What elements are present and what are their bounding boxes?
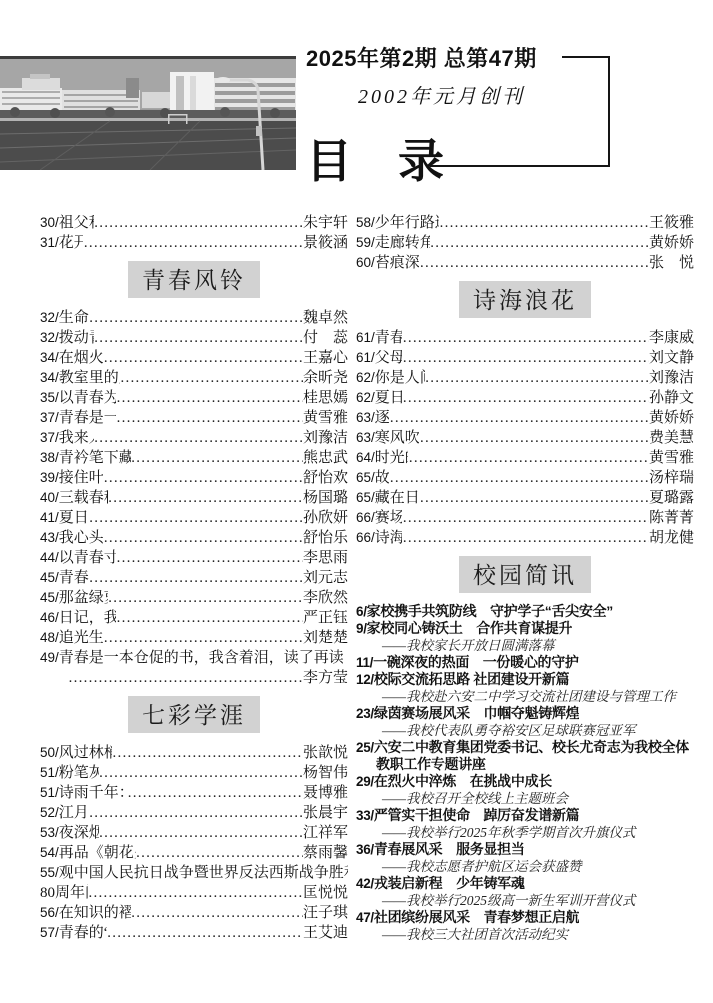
toc-entry-page: 31/ bbox=[40, 233, 59, 253]
bracket-rule-bottom bbox=[430, 165, 610, 167]
dot-leader bbox=[408, 448, 649, 468]
toc-entry-page: 41/ bbox=[40, 508, 59, 528]
toc-entry-page: 39/ bbox=[40, 468, 59, 488]
toc-entry: 65/藏在日常里的暖夏璐露 bbox=[356, 488, 694, 508]
toc-entry-title: 青春的颜色 bbox=[59, 568, 89, 588]
toc-entry-author: 余昕尧 bbox=[303, 368, 348, 388]
toc-entry-page: 46/ bbox=[40, 608, 59, 628]
toc-entry-title: 寒风吹彻的青春 bbox=[375, 428, 420, 448]
toc-entry-title: 时光的弦音 bbox=[375, 448, 408, 468]
news-entry-page: 25/ bbox=[356, 739, 374, 756]
founding-date-line: 2002年元月创刊 bbox=[358, 80, 525, 109]
dot-leader bbox=[131, 448, 303, 468]
toc-entry: 48/追光生长的那抹绿刘楚楚 bbox=[40, 628, 348, 648]
dot-leader bbox=[120, 368, 303, 388]
toc-entry-title: 苔痕深处的光阴 bbox=[375, 253, 420, 273]
news-entry-page: 33/ bbox=[356, 807, 374, 824]
dot-leader bbox=[108, 488, 303, 508]
toc-entry-title: 教室里的风，吹过整个青春 bbox=[59, 368, 120, 388]
toc-entry-author: 张晨宇 bbox=[303, 803, 348, 823]
dot-leader bbox=[439, 213, 649, 233]
toc-entry-author: 汤梓瑞 bbox=[649, 468, 694, 488]
toc-entry-title: 追光生长的那抹绿 bbox=[59, 628, 103, 648]
toc-entry-title: 日记，我的第二个脑储藏 bbox=[59, 608, 116, 628]
toc-entry-author: 费美慧 bbox=[649, 428, 694, 448]
toc-entry-title: 以青春寸心 筑山河万里 bbox=[59, 548, 116, 568]
toc-entry-page: 66/ bbox=[356, 508, 375, 528]
section-header-row: 校园简讯 bbox=[356, 556, 694, 593]
toc-entry-title: 80周年阅兵式有感 bbox=[40, 883, 88, 903]
toc-entry-page: 30/ bbox=[40, 213, 59, 233]
toc-entry: 45/青春的颜色刘元志 bbox=[40, 568, 348, 588]
toc-entry-author: 熊忠武 bbox=[303, 448, 348, 468]
dot-leader bbox=[402, 528, 649, 548]
toc-entry: 51/粉笔灰里的星辰杨智伟 bbox=[40, 763, 348, 783]
news-subtitle: ——我校举行2025年秋季学期首次升旗仪式 bbox=[356, 824, 694, 841]
dot-leader bbox=[419, 488, 649, 508]
news-entry: 11/一碗深夜的热面 一份暖心的守护 bbox=[356, 654, 694, 671]
toc-entry-title: 青春是一本未写完的诗集 bbox=[59, 408, 116, 428]
toc-entry-page: 55/ bbox=[40, 863, 59, 883]
news-entry-page: 29/ bbox=[356, 773, 374, 790]
toc-entry-page: 38/ bbox=[40, 448, 59, 468]
toc-entry-author: 黄雪雅 bbox=[303, 408, 348, 428]
toc-entry-author: 李康威 bbox=[649, 328, 694, 348]
toc-entry-page: 63/ bbox=[356, 428, 375, 448]
dot-leader bbox=[389, 468, 649, 488]
section-header-row: 青春风铃 bbox=[40, 261, 348, 298]
toc-page: 2025年第2期 总第47期 2002年元月创刊 目 录 30/祖父和他的田朱宇… bbox=[0, 0, 713, 1003]
dot-leader bbox=[116, 548, 303, 568]
toc-entry-title: 接住叶隙筛下的光 bbox=[59, 468, 103, 488]
toc-entry-page: 59/ bbox=[356, 233, 375, 253]
toc-entry: 66/诗海青春胡龙健 bbox=[356, 528, 694, 548]
toc-entry-author: 孙欣妍 bbox=[303, 508, 348, 528]
dot-leader bbox=[107, 923, 303, 943]
toc-entry-author: 朱宇轩 bbox=[303, 213, 348, 233]
news-subtitle: ——我校赴六安二中学习交流社团建设与管理工作 bbox=[356, 688, 694, 705]
dot-leader bbox=[94, 213, 303, 233]
issue-line: 2025年第2期 总第47期 bbox=[306, 42, 537, 73]
toc-entry: 31/花开正艳景筱涵 bbox=[40, 233, 348, 253]
toc-entry-author: 刘文静 bbox=[649, 348, 694, 368]
toc-entry-author: 魏卓然 bbox=[303, 308, 348, 328]
toc-entry-title: 再品《朝花夕拾》：于旧忆中获取新思 bbox=[59, 843, 136, 863]
dot-leader bbox=[103, 628, 303, 648]
toc-entry-page: 34/ bbox=[40, 368, 59, 388]
toc-entry: 46/日记，我的第二个脑储藏严正钰 bbox=[40, 608, 348, 628]
news-entry: 47/社团缤纷展风采 青春梦想正启航 bbox=[356, 909, 694, 926]
toc-entry-title: 拨动青春和弦 bbox=[59, 328, 94, 348]
toc-entry: 35/以青春为笔，书劝学新篇桂思嫣 bbox=[40, 388, 348, 408]
news-subtitle: ——我校举行2025级高一新生军训开营仪式 bbox=[356, 892, 694, 909]
toc-entry: 62/你是人间的三月花刘豫洁 bbox=[356, 368, 694, 388]
toc-entry-author: 王艾迪 bbox=[303, 923, 348, 943]
toc-entry-title: 青春速写 bbox=[375, 328, 402, 348]
news-entry-page: 12/ bbox=[356, 671, 374, 688]
toc-entry: 34/在烟火深处，觅诗王嘉心 bbox=[40, 348, 348, 368]
dot-leader bbox=[136, 843, 303, 863]
toc-entry-title: 青衿笔下藏星河，少年眸中有烟火 bbox=[59, 448, 131, 468]
toc-entry: 66/赛场逐光陈菁菁 bbox=[356, 508, 694, 528]
toc-entry: 37/青春是一本未写完的诗集黄雪雅 bbox=[40, 408, 348, 428]
toc-entry: 64/时光的弦音黄雪雅 bbox=[356, 448, 694, 468]
toc-entry: 53/夜深烟火敲市韵江祥军 bbox=[40, 823, 348, 843]
dot-leader bbox=[89, 308, 303, 328]
toc-entry-title: 青春的“问”与“不问” bbox=[59, 923, 107, 943]
bracket-rule-top bbox=[562, 56, 610, 58]
toc-entry: 38/青衿笔下藏星河，少年眸中有烟火熊忠武 bbox=[40, 448, 348, 468]
dot-leader bbox=[89, 508, 303, 528]
toc-entry-author: 严正钰 bbox=[303, 608, 348, 628]
news-entry-page: 11/ bbox=[356, 654, 373, 671]
toc-entry-page: 56/ bbox=[40, 903, 59, 923]
toc-entry-author: 张 悦 bbox=[649, 253, 694, 273]
toc-entry-page: 32/ bbox=[40, 308, 59, 328]
toc-entry-page: 60/ bbox=[356, 253, 375, 273]
toc-entry-author: 舒怡乐 bbox=[303, 528, 348, 548]
dot-leader bbox=[89, 803, 303, 823]
toc-entry-title: 我心头的那片草地 bbox=[59, 528, 103, 548]
dot-leader bbox=[131, 903, 303, 923]
toc-entry-page: 50/ bbox=[40, 743, 59, 763]
left-column: 30/祖父和他的田朱宇轩31/花开正艳景筱涵青春风铃32/生命的脊梁魏卓然32/… bbox=[40, 213, 348, 943]
news-entry-page: 23/ bbox=[356, 705, 374, 722]
toc-entry-page: 61/ bbox=[356, 348, 375, 368]
toc-entry: 43/我心头的那片草地舒怡乐 bbox=[40, 528, 348, 548]
toc-entry-title: 藏在日常里的暖 bbox=[375, 488, 420, 508]
toc-entry: 37/我来人间一趟刘豫洁 bbox=[40, 428, 348, 448]
toc-entry-page: 65/ bbox=[356, 488, 375, 508]
toc-entry: 51/诗雨千年：落在心头的巴山夜雨聂博雅 bbox=[40, 783, 348, 803]
toc-entry: 41/夏日青岛行孙欣妍 bbox=[40, 508, 348, 528]
toc-entry-page: 45/ bbox=[40, 588, 59, 608]
toc-entry: 80周年阅兵式有感匡悦悦 bbox=[40, 883, 348, 903]
dot-leader bbox=[419, 253, 649, 273]
toc-entry-page: 51/ bbox=[40, 783, 59, 803]
toc-entry-page: 62/ bbox=[356, 388, 375, 408]
toc-entry-author: 黄雪雅 bbox=[649, 448, 694, 468]
toc-entry-page: 48/ bbox=[40, 628, 59, 648]
dot-leader bbox=[88, 883, 303, 903]
toc-entry-title: 少年行路远，不负七彩虹 bbox=[375, 213, 439, 233]
toc-entry-author: 李方莹 bbox=[303, 668, 348, 688]
toc-entry: 39/接住叶隙筛下的光舒怡欢 bbox=[40, 468, 348, 488]
toc-entry-page: 62/ bbox=[356, 368, 375, 388]
toc-entry-title: 诗海青春 bbox=[375, 528, 402, 548]
dot-leader bbox=[116, 608, 303, 628]
toc-entry-page: 57/ bbox=[40, 923, 59, 943]
toc-entry-page: 37/ bbox=[40, 408, 59, 428]
toc-entry-title: 夜深烟火敲市韵 bbox=[59, 823, 99, 843]
toc-entry-author: 刘豫洁 bbox=[303, 428, 348, 448]
dot-leader bbox=[402, 388, 649, 408]
news-entry: 36/青春展风采 服务显担当 bbox=[356, 841, 694, 858]
toc-entry: 49/青春是一本仓促的书，我含着泪，读了再读 bbox=[40, 648, 348, 668]
dot-leader bbox=[103, 348, 303, 368]
news-entry-title: 绿茵赛场展风采 巾帼夺魁铸辉煌 bbox=[374, 705, 580, 722]
dot-leader bbox=[116, 388, 303, 408]
toc-entry-page: 53/ bbox=[40, 823, 59, 843]
toc-entry-page: 61/ bbox=[356, 328, 375, 348]
toc-entry: 30/祖父和他的田朱宇轩 bbox=[40, 213, 348, 233]
section-header: 诗海浪花 bbox=[459, 281, 591, 318]
toc-entry-author: 王筱雅 bbox=[649, 213, 694, 233]
toc-entry: 50/风过林梢，彼时正荣光张歆悦 bbox=[40, 743, 348, 763]
dot-leader bbox=[83, 233, 303, 253]
toc-entry-title: 生命的脊梁 bbox=[59, 308, 89, 328]
toc-entry-author: 杨国璐 bbox=[303, 488, 348, 508]
news-entry-page: 36/ bbox=[356, 841, 374, 858]
toc-entry-page: 54/ bbox=[40, 843, 59, 863]
news-entry-page: 42/ bbox=[356, 875, 374, 892]
toc-entry-page: 65/ bbox=[356, 468, 375, 488]
toc-entry-page: 52/ bbox=[40, 803, 59, 823]
news-subtitle: ——我校三大社团首次活动纪实 bbox=[356, 926, 694, 943]
news-entry-title: 严管实干担使命 踔厉奋发谱新篇 bbox=[374, 807, 580, 824]
toc-entry: 57/青春的“问”与“不问”王艾迪 bbox=[40, 923, 348, 943]
dot-leader bbox=[402, 328, 649, 348]
dot-leader bbox=[425, 368, 649, 388]
toc-entry-author: 黄娇娇 bbox=[649, 408, 694, 428]
campus-photo bbox=[0, 56, 296, 170]
toc-entry-author: 陈菁菁 bbox=[649, 508, 694, 528]
toc-entry-title: 诗雨千年：落在心头的巴山夜雨 bbox=[59, 783, 127, 803]
toc-entry: 32/拨动青春和弦付 蕊 bbox=[40, 328, 348, 348]
toc-entry-author: 李思雨 bbox=[303, 548, 348, 568]
toc-entry-page: 45/ bbox=[40, 568, 59, 588]
toc-entry-title: 那盆绿萝教会我的事 bbox=[59, 588, 108, 608]
toc-entry: 55/观中国人民抗日战争暨世界反法西斯战争胜利 bbox=[40, 863, 348, 883]
dot-leader bbox=[402, 508, 649, 528]
news-subtitle: ——我校志愿者护航区运会获盛赞 bbox=[356, 858, 694, 875]
toc-entry-title: 以青春为笔，书劝学新篇 bbox=[59, 388, 116, 408]
toc-entry-author: 匡悦悦 bbox=[303, 883, 348, 903]
news-entry-page: 9/ bbox=[356, 620, 367, 637]
toc-entry: 44/以青春寸心 筑山河万里李思雨 bbox=[40, 548, 348, 568]
dot-leader bbox=[389, 408, 649, 428]
news-entry-title: 一碗深夜的热面 一份暖心的守护 bbox=[373, 654, 579, 671]
toc-entry: 63/寒风吹彻的青春费美慧 bbox=[356, 428, 694, 448]
toc-entry-title: 青春是一本仓促的书，我含着泪，读了再读 bbox=[59, 648, 344, 668]
toc-entry-page: 64/ bbox=[356, 448, 375, 468]
news-entry: 23/绿茵赛场展风采 巾帼夺魁铸辉煌 bbox=[356, 705, 694, 722]
dot-leader bbox=[127, 783, 303, 803]
dot-leader bbox=[112, 743, 303, 763]
toc-entry-author: 汪子琪 bbox=[303, 903, 348, 923]
toc-entry-page: 66/ bbox=[356, 528, 375, 548]
toc-entry-author: 王嘉心 bbox=[303, 348, 348, 368]
news-entry-title: 社团缤纷展风采 青春梦想正启航 bbox=[374, 909, 580, 926]
toc-entry-title: 在知识的褶皱里，找到自己的纹路 bbox=[59, 903, 131, 923]
dot-leader bbox=[419, 428, 649, 448]
news-entry-page: 6/ bbox=[356, 603, 367, 620]
toc-entry: 34/教室里的风，吹过整个青春余昕尧 bbox=[40, 368, 348, 388]
toc-entry-page: 35/ bbox=[40, 388, 59, 408]
toc-entry-title: 江月待何人 bbox=[59, 803, 89, 823]
toc-entry-author: 刘豫洁 bbox=[649, 368, 694, 388]
news-entry-title: 家校携手共筑防线 守护学子“舌尖安全” bbox=[367, 603, 613, 620]
toc-entry-page: 49/ bbox=[40, 648, 59, 668]
toc-entry: 45/那盆绿萝教会我的事李欣然 bbox=[40, 588, 348, 608]
toc-entry-author: 付 蕊 bbox=[303, 328, 348, 348]
dot-leader bbox=[94, 328, 303, 348]
toc-entry-author: 孙静文 bbox=[649, 388, 694, 408]
news-entry: 6/家校携手共筑防线 守护学子“舌尖安全” bbox=[356, 603, 694, 620]
dot-leader bbox=[116, 408, 303, 428]
toc-entry-title: 夏日青岛行 bbox=[59, 508, 89, 528]
toc-entry-author: 李欣然 bbox=[303, 588, 348, 608]
news-entry: 12/校际交流拓思路 社团建设开新篇 bbox=[356, 671, 694, 688]
toc-entry-title: 三载春秋，四季短笺 bbox=[59, 488, 108, 508]
toc-entry: 65/故乡汤梓瑞 bbox=[356, 468, 694, 488]
toc-entry-author: 舒怡欢 bbox=[303, 468, 348, 488]
news-entry-title: 校际交流拓思路 社团建设开新篇 bbox=[374, 671, 569, 688]
section-header: 七彩学涯 bbox=[128, 696, 260, 733]
news-entry: 29/在烈火中淬炼 在挑战中成长 bbox=[356, 773, 694, 790]
toc-entry: 63/逐浪黄娇娇 bbox=[356, 408, 694, 428]
toc-entry-page: 58/ bbox=[356, 213, 375, 233]
toc-entry-title: 赛场逐光 bbox=[375, 508, 402, 528]
toc-entry-author: 刘楚楚 bbox=[303, 628, 348, 648]
toc-entry-title: 在烟火深处，觅诗 bbox=[59, 348, 103, 368]
toc-entry-title: 你是人间的三月花 bbox=[375, 368, 425, 388]
toc-entry-author: 聂博雅 bbox=[303, 783, 348, 803]
section-header-row: 七彩学涯 bbox=[40, 696, 348, 733]
news-entry-title: 教职工作专题讲座 bbox=[376, 756, 486, 773]
news-entry: 33/严管实干担使命 踔厉奋发谱新篇 bbox=[356, 807, 694, 824]
news-entry-title: 在烈火中淬炼 在挑战中成长 bbox=[374, 773, 552, 790]
dot-leader bbox=[89, 568, 303, 588]
toc-entry-title: 故乡 bbox=[375, 468, 389, 488]
toc-entry-title: 父母肩头 bbox=[375, 348, 402, 368]
toc-entry: 32/生命的脊梁魏卓然 bbox=[40, 308, 348, 328]
toc-entry: 56/在知识的褶皱里，找到自己的纹路汪子琪 bbox=[40, 903, 348, 923]
toc-entry: 58/少年行路远，不负七彩虹王筱雅 bbox=[356, 213, 694, 233]
toc-entry: 61/父母肩头刘文静 bbox=[356, 348, 694, 368]
toc-entry: 李方莹 bbox=[40, 668, 348, 688]
news-entry-continuation: 教职工作专题讲座 bbox=[356, 756, 694, 773]
section-header: 青春风铃 bbox=[128, 261, 260, 298]
toc-entry: 54/再品《朝花夕拾》：于旧忆中获取新思蔡雨馨 bbox=[40, 843, 348, 863]
toc-entry-page: 43/ bbox=[40, 528, 59, 548]
toc-entry-title: 观中国人民抗日战争暨世界反法西斯战争胜利 bbox=[59, 863, 348, 883]
toc-entry-title: 夏日手记 bbox=[375, 388, 402, 408]
news-subtitle: ——我校代表队勇夺裕安区足球联赛冠亚军 bbox=[356, 722, 694, 739]
toc-entry-title: 风过林梢，彼时正荣光 bbox=[59, 743, 112, 763]
toc-entry-author: 江祥军 bbox=[303, 823, 348, 843]
toc-entry-title: 走廊转角的时光碎片 bbox=[375, 233, 430, 253]
toc-entry-title: 我来人间一趟 bbox=[59, 428, 94, 448]
toc-entry-title: 祖父和他的田 bbox=[59, 213, 94, 233]
toc-entry: 40/三载春秋，四季短笺杨国璐 bbox=[40, 488, 348, 508]
news-entry-title: 家校同心铸沃土 合作共育谋提升 bbox=[367, 620, 573, 637]
toc-entry-author: 蔡雨馨 bbox=[303, 843, 348, 863]
toc-entry: 62/夏日手记孙静文 bbox=[356, 388, 694, 408]
news-entry: 25/六安二中教育集团党委书记、校长尤奇志为我校全体 bbox=[356, 739, 694, 756]
dot-leader bbox=[99, 763, 303, 783]
toc-entry-page: 44/ bbox=[40, 548, 59, 568]
news-subtitle: ——我校召开全校线上主题班会 bbox=[356, 790, 694, 807]
toc-entry: 59/走廊转角的时光碎片黄娇娇 bbox=[356, 233, 694, 253]
toc-entry-author: 黄娇娇 bbox=[649, 233, 694, 253]
dot-leader bbox=[103, 468, 303, 488]
section-header: 校园简讯 bbox=[459, 556, 591, 593]
toc-title: 目 录 bbox=[306, 136, 444, 187]
news-entry-title: 戎装启新程 少年铸军魂 bbox=[374, 875, 525, 892]
toc-entry-page: 32/ bbox=[40, 328, 59, 348]
section-header-row: 诗海浪花 bbox=[356, 281, 694, 318]
toc-entry: 52/江月待何人张晨宇 bbox=[40, 803, 348, 823]
toc-entry-page: 63/ bbox=[356, 408, 375, 428]
toc-entry-author: 桂思嫣 bbox=[303, 388, 348, 408]
toc-entry-page: 40/ bbox=[40, 488, 59, 508]
toc-entry: 60/苔痕深处的光阴张 悦 bbox=[356, 253, 694, 273]
right-column: 58/少年行路远，不负七彩虹王筱雅59/走廊转角的时光碎片黄娇娇60/苔痕深处的… bbox=[356, 213, 694, 943]
toc-entry-author: 胡龙健 bbox=[649, 528, 694, 548]
news-entry: 9/家校同心铸沃土 合作共育谋提升 bbox=[356, 620, 694, 637]
news-entry-title: 六安二中教育集团党委书记、校长尤奇志为我校全体 bbox=[374, 739, 689, 756]
toc-entry-author: 张歆悦 bbox=[303, 743, 348, 763]
toc-entry-title: 逐浪 bbox=[375, 408, 389, 428]
toc-entry-page: 37/ bbox=[40, 428, 59, 448]
toc-entry-page: 51/ bbox=[40, 763, 59, 783]
toc-entry-author: 景筱涵 bbox=[303, 233, 348, 253]
toc-entry-page: 34/ bbox=[40, 348, 59, 368]
dot-leader bbox=[402, 348, 649, 368]
news-entry: 42/戎装启新程 少年铸军魂 bbox=[356, 875, 694, 892]
bracket-rule-vertical bbox=[608, 56, 610, 167]
news-entry-page: 47/ bbox=[356, 909, 374, 926]
toc-entry-author: 刘元志 bbox=[303, 568, 348, 588]
dot-leader bbox=[68, 668, 303, 688]
dot-leader bbox=[99, 823, 303, 843]
toc-entry-title: 粉笔灰里的星辰 bbox=[59, 763, 99, 783]
dot-leader bbox=[430, 233, 649, 253]
toc-entry-author: 夏璐露 bbox=[649, 488, 694, 508]
toc-entry-author: 杨智伟 bbox=[303, 763, 348, 783]
toc-entry-title: 花开正艳 bbox=[59, 233, 83, 253]
news-subtitle: ——我校家长开放日圆满落幕 bbox=[356, 637, 694, 654]
dot-leader bbox=[103, 528, 303, 548]
news-entry-title: 青春展风采 服务显担当 bbox=[374, 841, 525, 858]
dot-leader bbox=[94, 428, 303, 448]
dot-leader bbox=[108, 588, 303, 608]
toc-entry: 61/青春速写李康威 bbox=[356, 328, 694, 348]
